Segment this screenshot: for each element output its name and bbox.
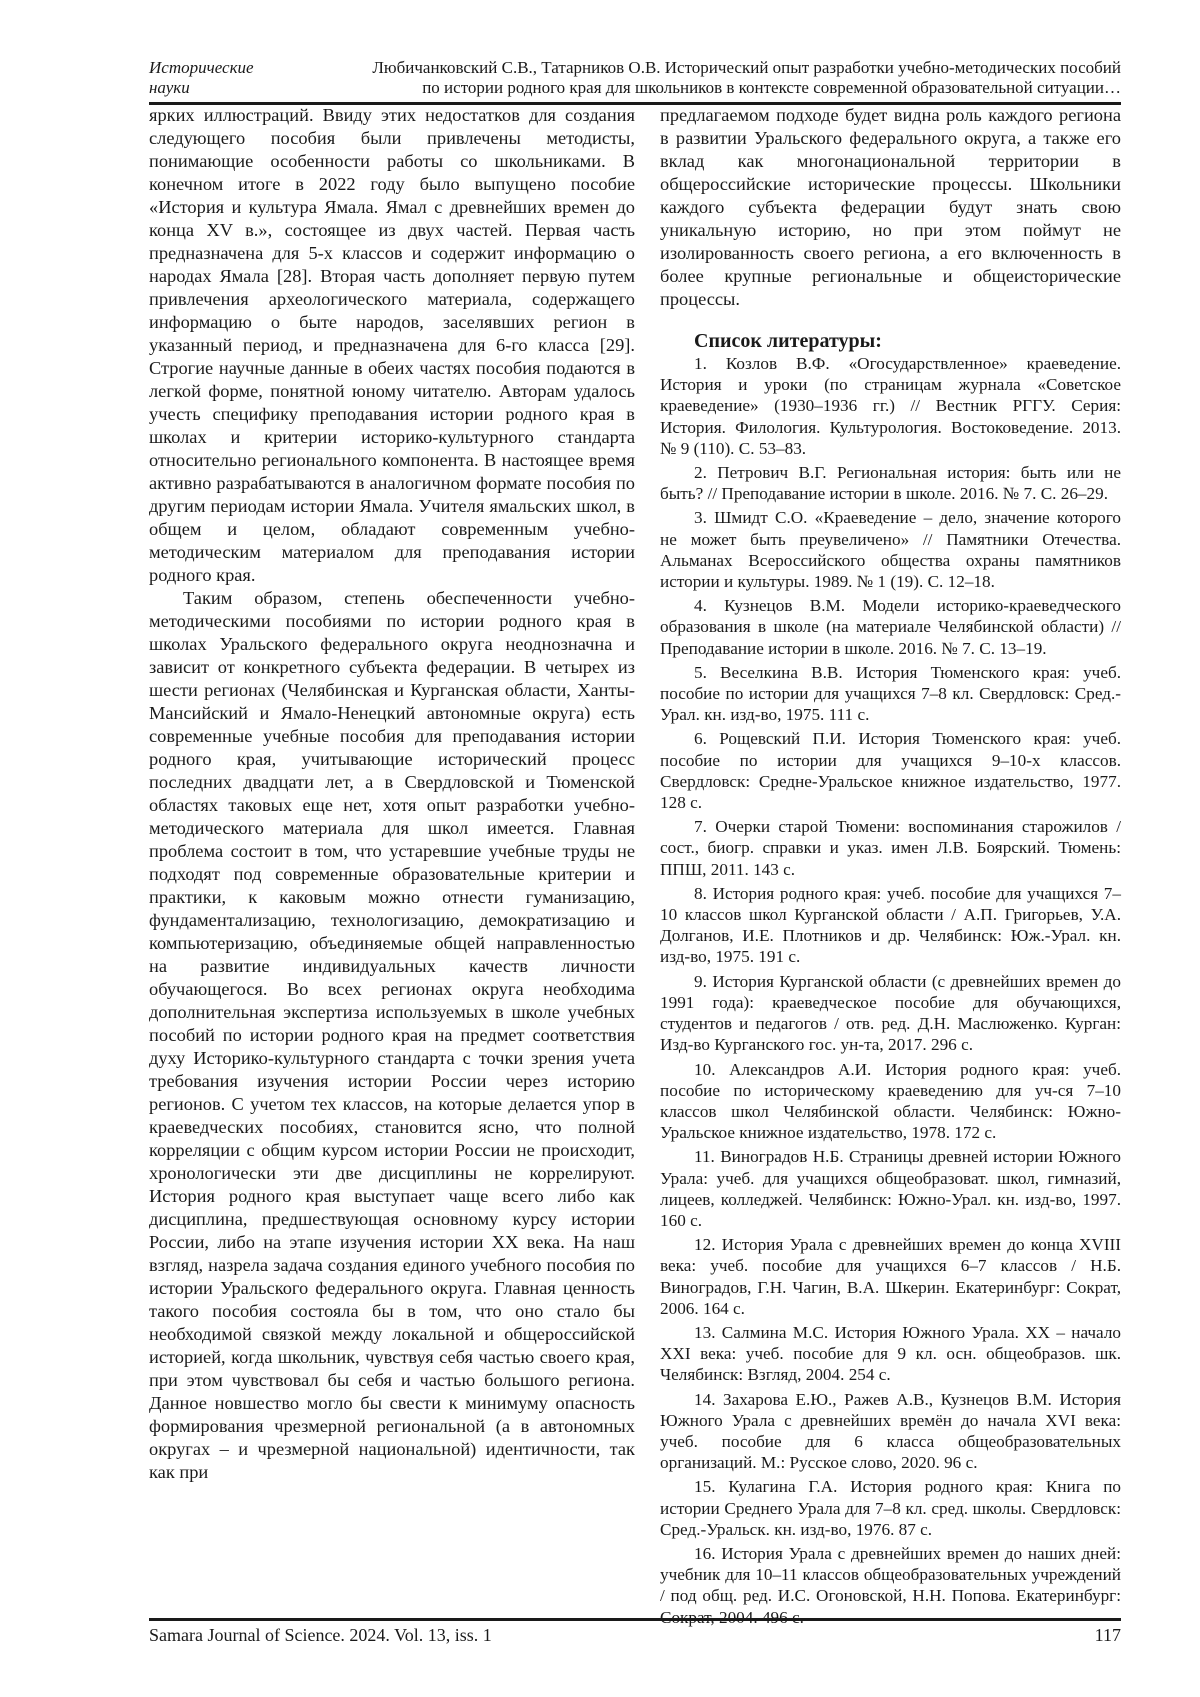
reference-item: 8. История родного края: учеб. пособие д… [660,883,1121,968]
reference-item: 10. Александров А.И. История родного кра… [660,1059,1121,1144]
running-header: Исторические науки Любичанковский С.В., … [149,58,1121,105]
running-title-line2: по истории родного края для школьников в… [372,78,1121,98]
reference-item: 14. Захарова Е.Ю., Ражев А.В., Кузнецов … [660,1389,1121,1474]
body-paragraph-continuation: предлагаемом подходе будет видна роль ка… [660,104,1121,311]
references-list: 1. Козлов В.Ф. «Огосударствленное» краев… [660,353,1121,1628]
reference-item: 7. Очерки старой Тюмени: воспоминания ст… [660,816,1121,880]
journal-citation: Samara Journal of Science. 2024. Vol. 13… [149,1624,492,1646]
reference-item: 1. Козлов В.Ф. «Огосударствленное» краев… [660,353,1121,459]
right-column: предлагаемом подходе будет видна роль ка… [660,104,1121,1631]
reference-item: 9. История Курганской области (с древней… [660,971,1121,1056]
running-title-line1: Любичанковский С.В., Татарников О.В. Ист… [372,58,1121,78]
references-heading: Список литературы: [694,329,1121,353]
reference-item: 15. Кулагина Г.А. История родного края: … [660,1476,1121,1540]
reference-item: 12. История Урала с древнейших времен до… [660,1234,1121,1319]
footer-divider [149,1618,1121,1621]
section-label-line1: Исторические [149,58,269,78]
reference-item: 16. История Урала с древнейших времен до… [660,1543,1121,1628]
reference-item: 5. Веселкина В.В. История Тюменского кра… [660,662,1121,726]
reference-item: 6. Рощевский П.И. История Тюменского кра… [660,728,1121,813]
left-column: ярких иллюстраций. Ввиду этих недостатко… [149,104,635,1484]
body-paragraph: ярких иллюстраций. Ввиду этих недостатко… [149,104,635,587]
page-number: 117 [1095,1624,1121,1646]
reference-item: 13. Салмина М.С. История Южного Урала. X… [660,1322,1121,1386]
body-paragraph: Таким образом, степень обеспеченности уч… [149,587,635,1484]
section-label-line2: науки [149,78,269,98]
reference-item: 2. Петрович В.Г. Региональная история: б… [660,462,1121,504]
reference-item: 11. Виноградов Н.Б. Страницы древней ист… [660,1146,1121,1231]
reference-item: 3. Шмидт С.О. «Краеведение – дело, значе… [660,507,1121,592]
section-label: Исторические науки [149,58,269,98]
article-running-title: Любичанковский С.В., Татарников О.В. Ист… [372,58,1121,98]
reference-item: 4. Кузнецов В.М. Модели историко-краевед… [660,595,1121,659]
